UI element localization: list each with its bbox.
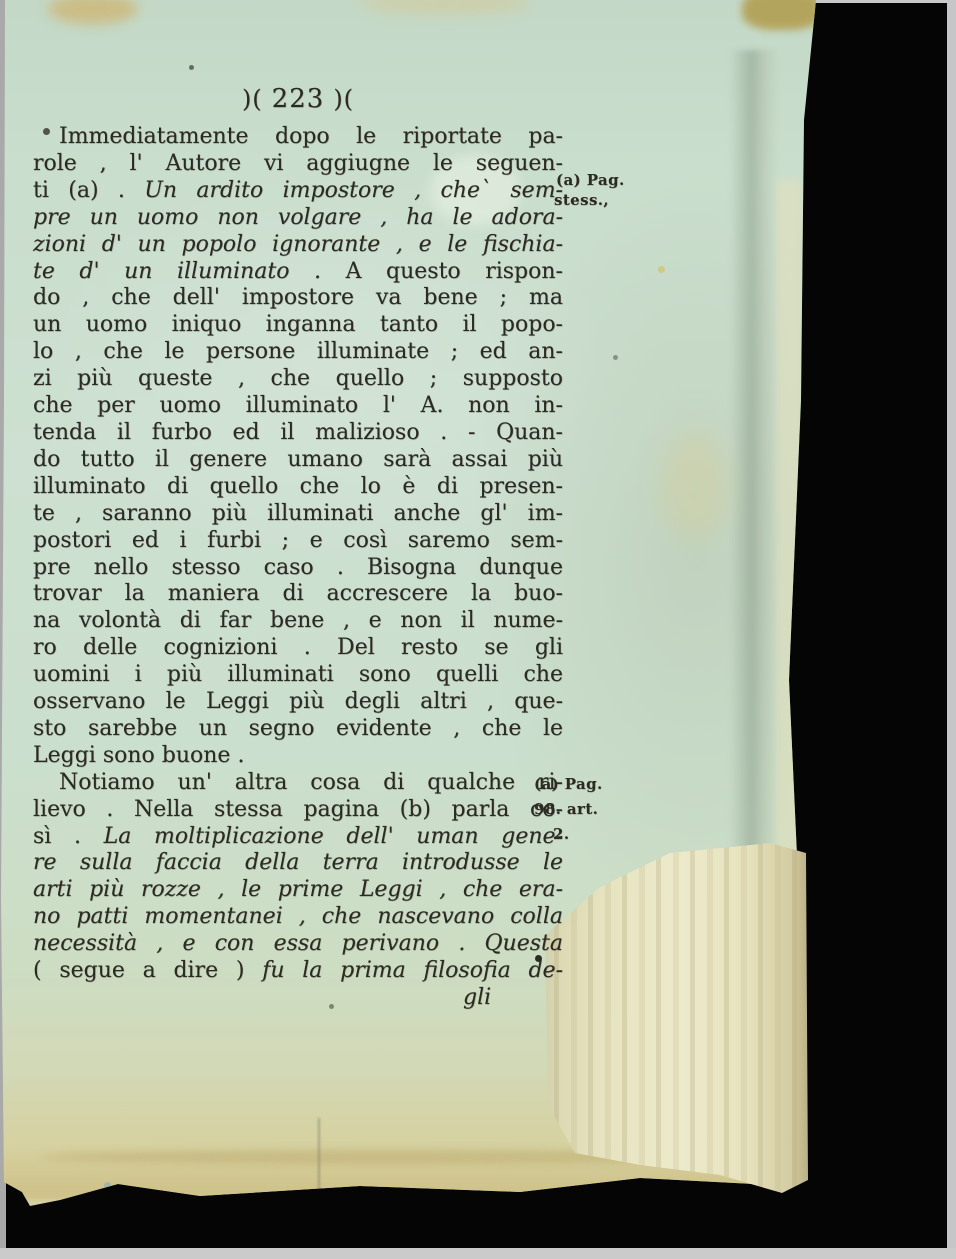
header-ornament-left: )( — [233, 85, 272, 113]
text-line: pre nello stesso caso . Bisogna dunque — [33, 555, 563, 582]
text-line: te d' un illuminato . A questo rispon- — [33, 259, 563, 286]
roman-text-segment: sì . — [33, 824, 104, 849]
page-edge-crease — [730, 50, 778, 960]
italic-text-segment: La moltiplicazione dell' uman gene- — [104, 824, 563, 849]
text-line: na volontà di far bene , e non il nume- — [33, 608, 563, 635]
paper-crack — [318, 1118, 320, 1190]
text-line: tenda il furbo ed il malizioso . - Quan- — [33, 420, 563, 447]
margin-note-line: 2. — [534, 822, 603, 847]
italic-text-segment: zioni d' un popolo ignorante , e le fisc… — [33, 232, 563, 257]
roman-text-segment: lievo . Nella stessa pagina (b) parla co… — [33, 797, 563, 822]
text-line: Leggi sono buone . — [33, 743, 563, 770]
text-line: do tutto il genere umano sarà assai più — [33, 447, 563, 474]
text-line: Notiamo un' altra cosa di qualche ri- — [33, 770, 563, 797]
roman-text-segment: osservano le Leggi più degli altri , que… — [33, 689, 563, 714]
text-line: trovar la maniera di accrescere la buo- — [33, 581, 563, 608]
margin-note-2: (a) Pag.98. art.2. — [534, 772, 603, 847]
roman-text-segment: lo , che le persone illuminate ; ed an- — [33, 339, 563, 364]
text-line: no patti momentanei , che nascevano coll… — [33, 904, 563, 931]
text-line: necessità , e con essa perivano . Questa — [33, 931, 563, 958]
roman-text-segment: uomini i più illuminati sono quelli che — [33, 662, 563, 687]
roman-text-segment: illuminato di quello che lo è di presen- — [33, 474, 563, 499]
roman-text-segment: do tutto il genere umano sarà assai più — [33, 447, 563, 472]
margin-note-line: (a) Pag. — [554, 170, 625, 190]
text-line: pre un uomo non volgare , ha le adora- — [33, 205, 563, 232]
text-line: do , che dell' impostore va bene ; ma — [33, 285, 563, 312]
page-number: 223 — [272, 84, 325, 114]
margin-note-1: (a) Pag.stess., — [554, 170, 625, 210]
roman-text-segment: un uomo iniquo inganna tanto il popo- — [33, 312, 563, 337]
roman-text-segment: pre nello stesso caso . Bisogna dunque — [33, 555, 563, 580]
roman-text-segment: che per uomo illuminato l' A. non in- — [33, 393, 563, 418]
roman-text-segment: tenda il furbo ed il malizioso . - Quan- — [33, 420, 563, 445]
text-line: uomini i più illuminati sono quelli che — [33, 662, 563, 689]
text-line: un uomo iniquo inganna tanto il popo- — [33, 312, 563, 339]
italic-text-segment: pre un uomo non volgare , ha le adora- — [33, 205, 563, 230]
catchword: gli — [33, 985, 563, 1012]
text-line: illuminato di quello che lo è di presen- — [33, 474, 563, 501]
text-block: Immediatamente dopo le riportate pa-role… — [33, 124, 563, 1012]
stain-top-right-corner — [742, 0, 822, 30]
italic-text-segment: necessità , e con essa perivano . Questa — [33, 931, 563, 956]
text-line: lievo . Nella stessa pagina (b) parla co… — [33, 797, 563, 824]
margin-note-line: 98. art. — [534, 797, 603, 822]
italic-text-segment: no patti momentanei , che nascevano coll… — [33, 904, 563, 929]
margin-note-line: stess., — [554, 190, 625, 210]
scan-frame-bottom — [0, 1248, 956, 1259]
text-lines: Immediatamente dopo le riportate pa-role… — [33, 124, 563, 985]
scan-frame-right — [947, 0, 956, 1259]
roman-text-segment: ro delle cognizioni . Del resto se gli — [33, 635, 563, 660]
margin-note-line: (a) Pag. — [534, 772, 603, 797]
roman-text-segment: A questo rispon- — [346, 259, 563, 284]
text-line: zioni d' un popolo ignorante , e le fisc… — [33, 232, 563, 259]
roman-text-segment: do , che dell' impostore va bene ; ma — [33, 285, 563, 310]
page-header: )(223)( — [33, 84, 563, 114]
roman-text-segment: Notiamo un' altra cosa di qualche ri- — [59, 770, 563, 795]
text-line: arti più rozze , le prime Leggi , che er… — [33, 877, 563, 904]
roman-text-segment: trovar la maniera di accrescere la buo- — [33, 581, 563, 606]
italic-text-segment: fu la prima filosofia de- — [262, 958, 563, 983]
text-line: te , saranno più illuminati anche gl' im… — [33, 501, 563, 528]
roman-text-segment: Immediatamente dopo le riportate pa- — [59, 124, 563, 149]
text-line: ( segue a dire ) fu la prima filosofia d… — [33, 958, 563, 985]
italic-text-segment: Un ardito impostore , che` sem- — [144, 178, 563, 203]
roman-text-segment: postori ed i furbi ; e così saremo sem- — [33, 528, 563, 553]
text-line: re sulla faccia della terra introdusse l… — [33, 850, 563, 877]
stain-mid-right — [660, 430, 730, 540]
text-line: sto sarebbe un segno evidente , che le — [33, 716, 563, 743]
header-ornament-right: )( — [324, 85, 363, 113]
roman-text-segment: te , saranno più illuminati anche gl' im… — [33, 501, 563, 526]
text-line: postori ed i furbi ; e così saremo sem- — [33, 528, 563, 555]
italic-text-segment: arti più rozze , le prime Leggi , che er… — [33, 877, 563, 902]
text-line: role , l' Autore vi aggiugne le seguen- — [33, 151, 563, 178]
text-line: ti (a) . Un ardito impostore , che` sem- — [33, 178, 563, 205]
text-line: lo , che le persone illuminate ; ed an- — [33, 339, 563, 366]
page-edge-highlight — [776, 180, 802, 870]
scanned-book-photo: )(223)( Immediatamente dopo le riportate… — [0, 0, 956, 1259]
roman-text-segment: na volontà di far bene , e non il nume- — [33, 608, 563, 633]
text-line: osservano le Leggi più degli altri , que… — [33, 689, 563, 716]
italic-text-segment: re sulla faccia della terra introdusse l… — [33, 850, 563, 875]
text-line: sì . La moltiplicazione dell' uman gene- — [33, 824, 563, 851]
italic-text-segment: te d' un illuminato . — [33, 259, 346, 284]
roman-text-segment: Leggi sono buone . — [33, 743, 244, 768]
text-line: zi più queste , che quello ; supposto — [33, 366, 563, 393]
roman-text-segment: zi più queste , che quello ; supposto — [33, 366, 563, 391]
roman-text-segment: role , l' Autore vi aggiugne le seguen- — [33, 151, 563, 176]
roman-text-segment: ti (a) . — [33, 178, 144, 203]
roman-text-segment: ( segue a dire ) — [33, 958, 262, 983]
text-line: che per uomo illuminato l' A. non in- — [33, 393, 563, 420]
roman-text-segment: sto sarebbe un segno evidente , che le — [33, 716, 563, 741]
stain-top-left — [48, 0, 138, 24]
text-line: Immediatamente dopo le riportate pa- — [33, 124, 563, 151]
text-line: ro delle cognizioni . Del resto se gli — [33, 635, 563, 662]
stain-top-middle — [360, 0, 530, 14]
